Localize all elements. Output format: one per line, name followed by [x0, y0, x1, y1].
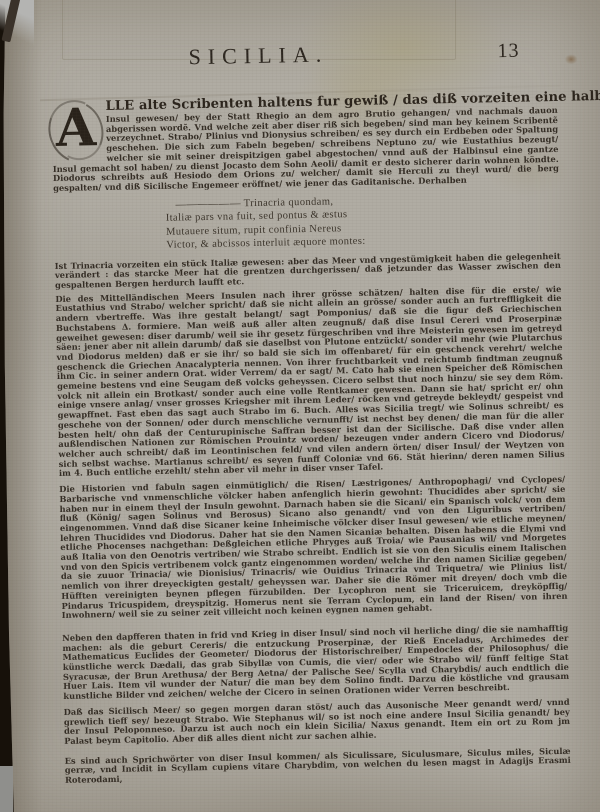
- body-paragraph: Es sind auch Sprichwörter von diser Insu…: [65, 746, 571, 785]
- body-paragraph: Neben den dapfferen thaten in frid vnd K…: [62, 624, 569, 702]
- folio-number: 13: [497, 40, 519, 63]
- photo-edge-artifact: [0, 766, 13, 812]
- drop-cap-initial: A: [52, 102, 99, 155]
- latin-verse: —————— Trinacria quondam, Italiæ pars vn…: [165, 191, 560, 253]
- body-paragraph: Daß das Sicilisch Meer/ so gegen morgen …: [64, 698, 571, 747]
- body-paragraph: Die Historien vnd fabuln sagen einmütigl…: [59, 475, 568, 621]
- book-photo: SICILIA. 13 A LLE alte Scribenten halten…: [0, 0, 600, 812]
- book-page: SICILIA. 13 A LLE alte Scribenten halten…: [0, 0, 600, 812]
- page-content: SICILIA. 13 A LLE alte Scribenten halten…: [50, 23, 571, 790]
- drop-cap-ornament: A: [52, 102, 99, 159]
- page-header: SICILIA. 13: [50, 23, 557, 85]
- intro-paragraph: A LLE alte Scribenten haltens fur gewiß …: [51, 89, 559, 194]
- page-title: SICILIA.: [188, 42, 328, 71]
- body-paragraph: Die des Mittelländischen Meers Insulen n…: [55, 285, 565, 479]
- intro-body-text: Insul gewesen/ bey der Statt Rhegio an d…: [52, 106, 559, 194]
